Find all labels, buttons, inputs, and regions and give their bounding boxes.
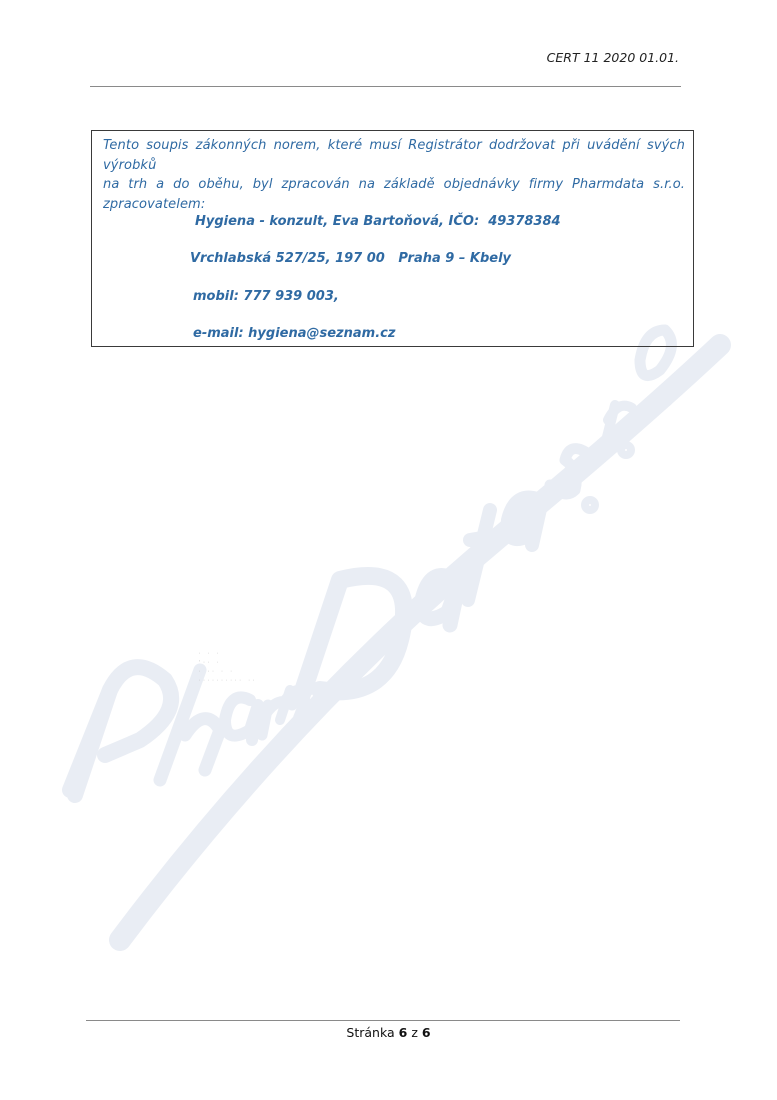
intro-line: Tento soupis zákonných norem, které musí…: [103, 136, 685, 175]
document-reference: CERT 11 2020 01.01.: [547, 50, 679, 65]
page-separator: z: [411, 1025, 418, 1040]
processor-email[interactable]: e-mail: hygiena@seznam.cz: [193, 326, 395, 341]
processor-name: Hygiena - konzult, Eva Bartoňová, IČO: 4…: [195, 214, 561, 229]
page-label: Stránka: [346, 1025, 394, 1040]
page-number: Stránka 6 z 6: [0, 1025, 777, 1040]
page-current: 6: [399, 1025, 408, 1040]
intro-paragraph: Tento soupis zákonných norem, které musí…: [103, 136, 685, 214]
header-divider: [90, 86, 681, 87]
footer-divider: [86, 1020, 680, 1021]
processor-address: Vrchlabská 527/25, 197 00 Praha 9 – Kbel…: [190, 251, 511, 266]
processor-info-box: Tento soupis zákonných norem, které musí…: [91, 130, 694, 347]
intro-line: na trh a do oběhu, byl zpracován na zákl…: [103, 175, 685, 195]
intro-line: zpracovatelem:: [103, 195, 685, 215]
page-total: 6: [422, 1025, 431, 1040]
faint-stamp-residue: · · ·'·· ·· ·· · ··········· ··: [198, 650, 308, 686]
processor-mobile: mobil: 777 939 003,: [193, 289, 339, 304]
